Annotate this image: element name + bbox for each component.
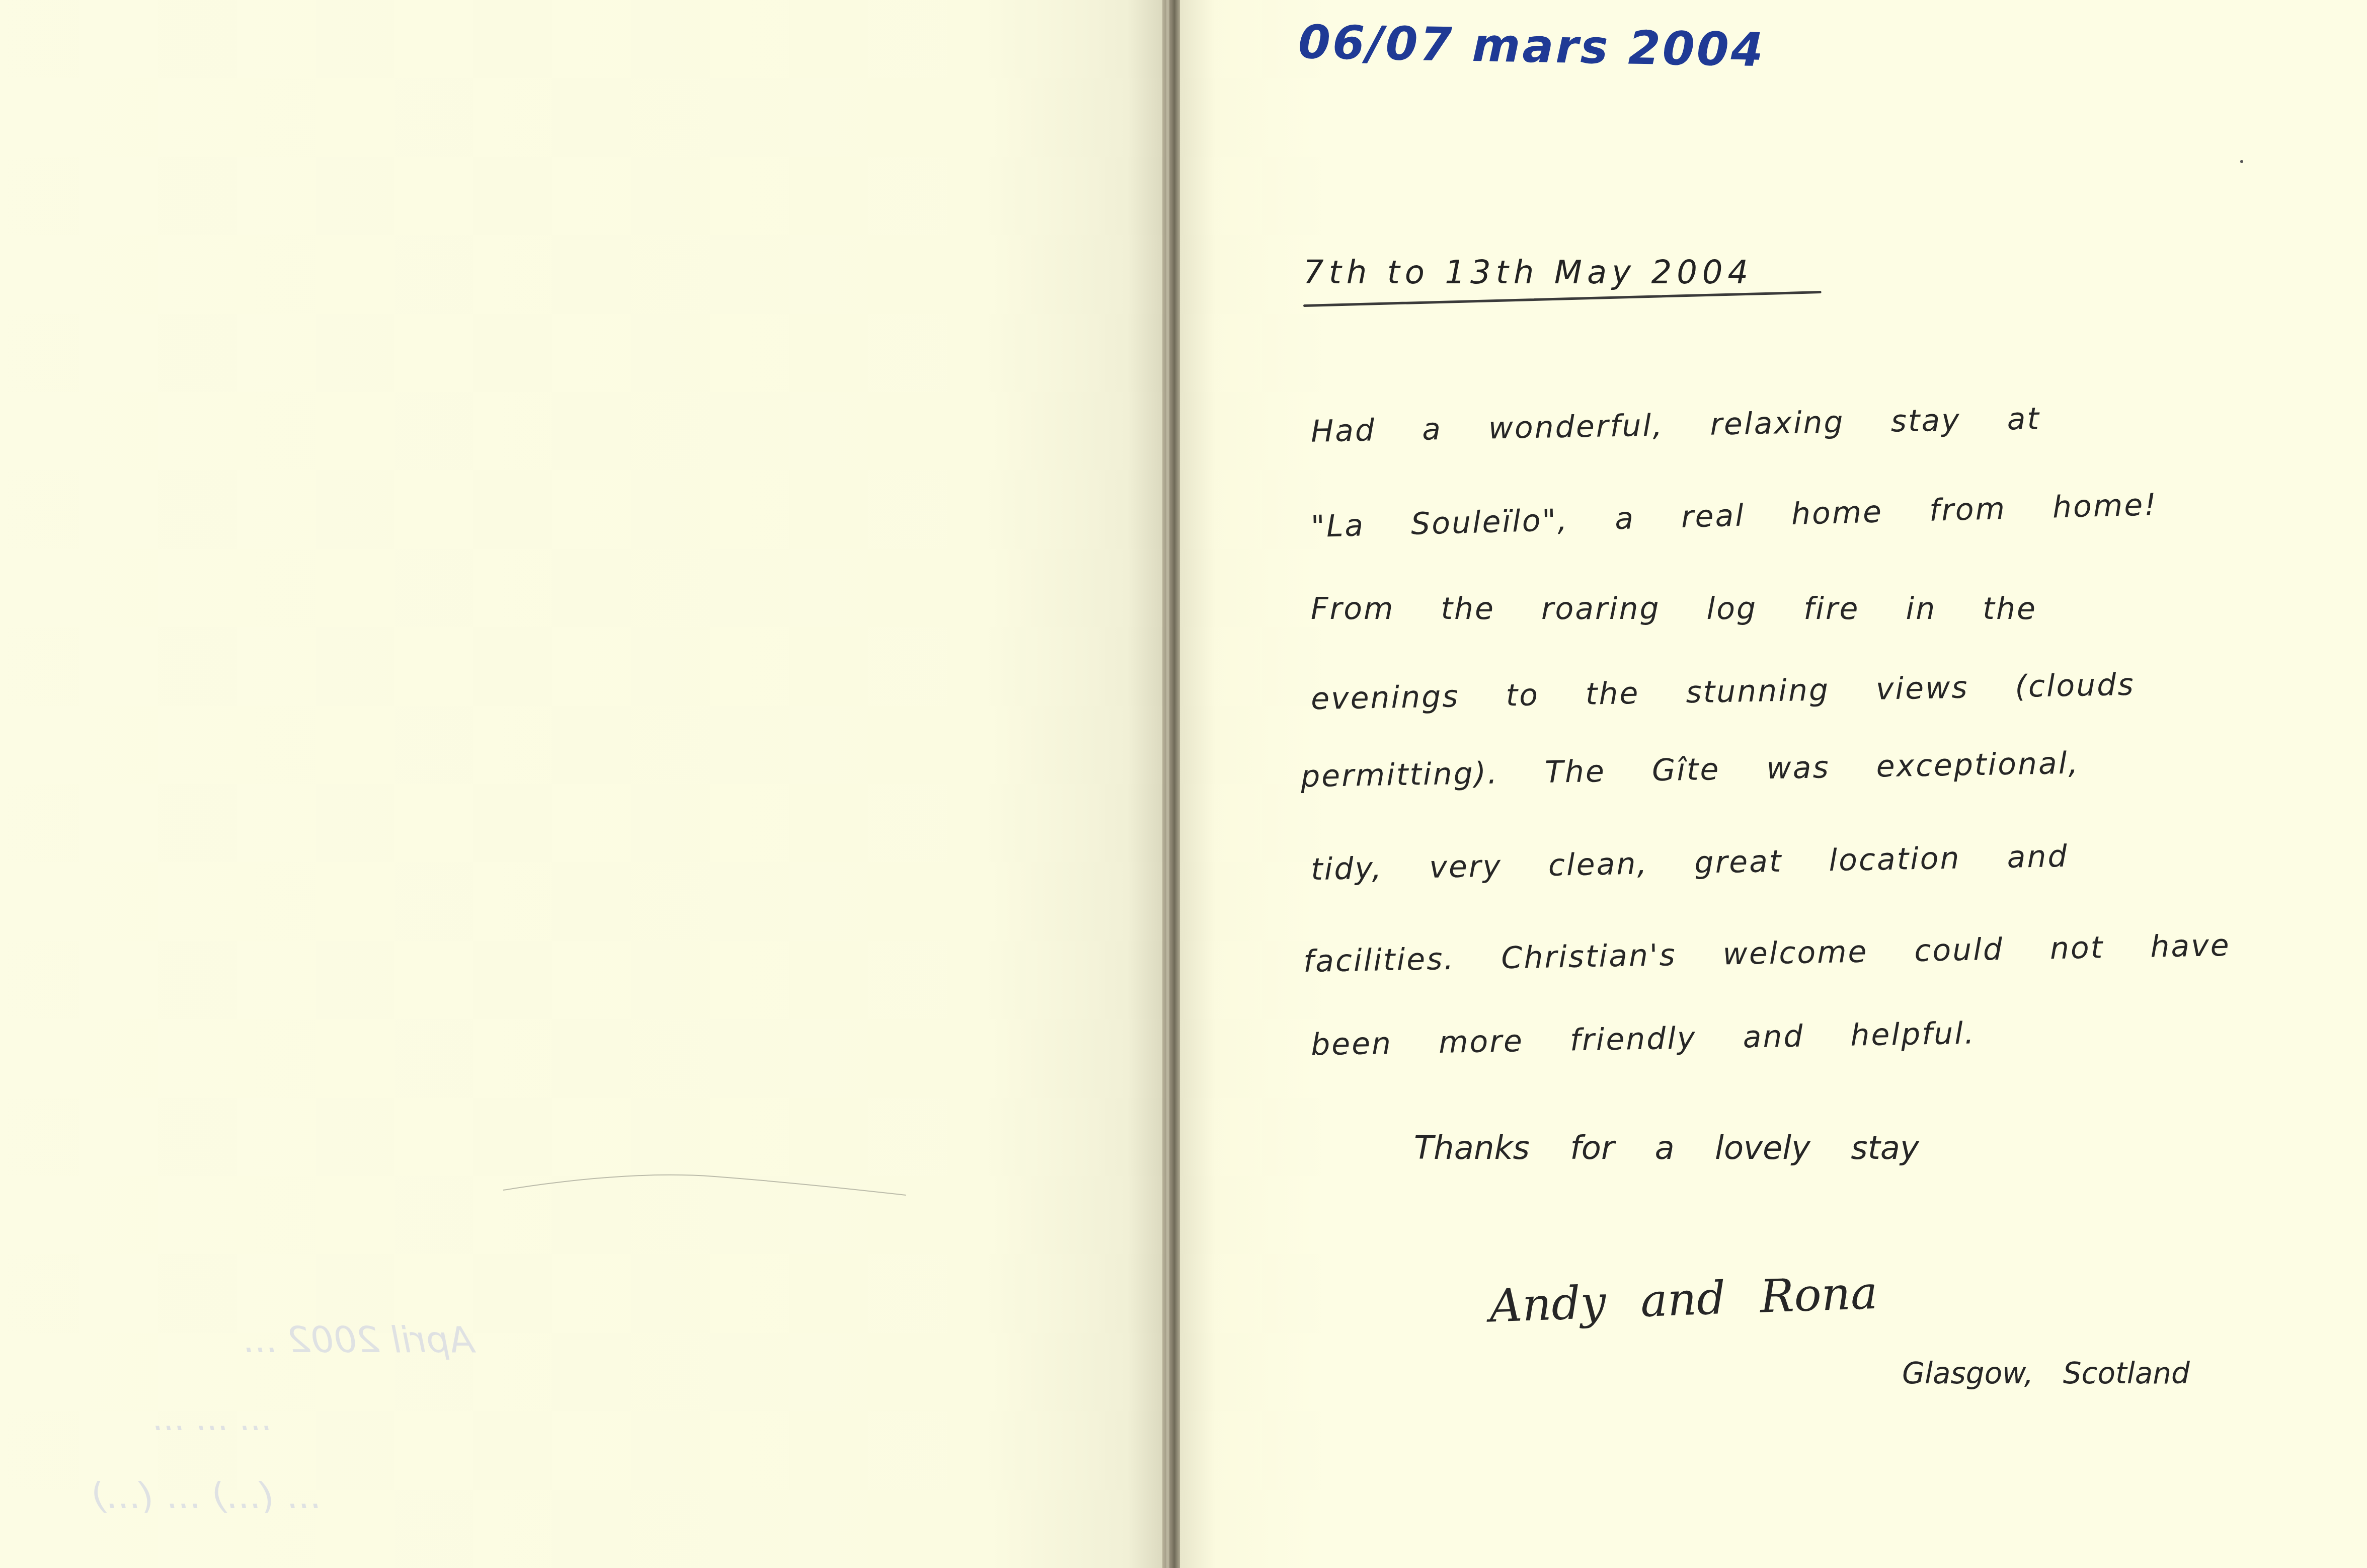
guestbook-spread: April 2002 ... ... ... ... ... (...) ...…	[0, 0, 2367, 1568]
bleed-through-text: April 2002 ...	[242, 1318, 474, 1361]
book-spine-gutter	[1162, 0, 1182, 1568]
pencil-stroke	[503, 1167, 906, 1198]
entry-date-range: 7th to 13th May 2004	[1303, 254, 1753, 291]
signer-location: Glasgow, Scotland	[1902, 1356, 2190, 1390]
bleed-through-text: ... ... ...	[151, 1399, 271, 1439]
ink-speck	[2240, 160, 2243, 163]
bleed-through-text: ... (...) ... (...)	[91, 1474, 320, 1517]
left-page: April 2002 ... ... ... ... ... (...) ...…	[0, 0, 1162, 1568]
closing-line: Thanks for a lovely stay	[1414, 1130, 1919, 1167]
entry-line: From the roaring log fire in the	[1311, 591, 2037, 626]
gutter-highlight	[1166, 0, 1169, 1568]
header-date: 06/07 mars 2004	[1298, 15, 1766, 77]
